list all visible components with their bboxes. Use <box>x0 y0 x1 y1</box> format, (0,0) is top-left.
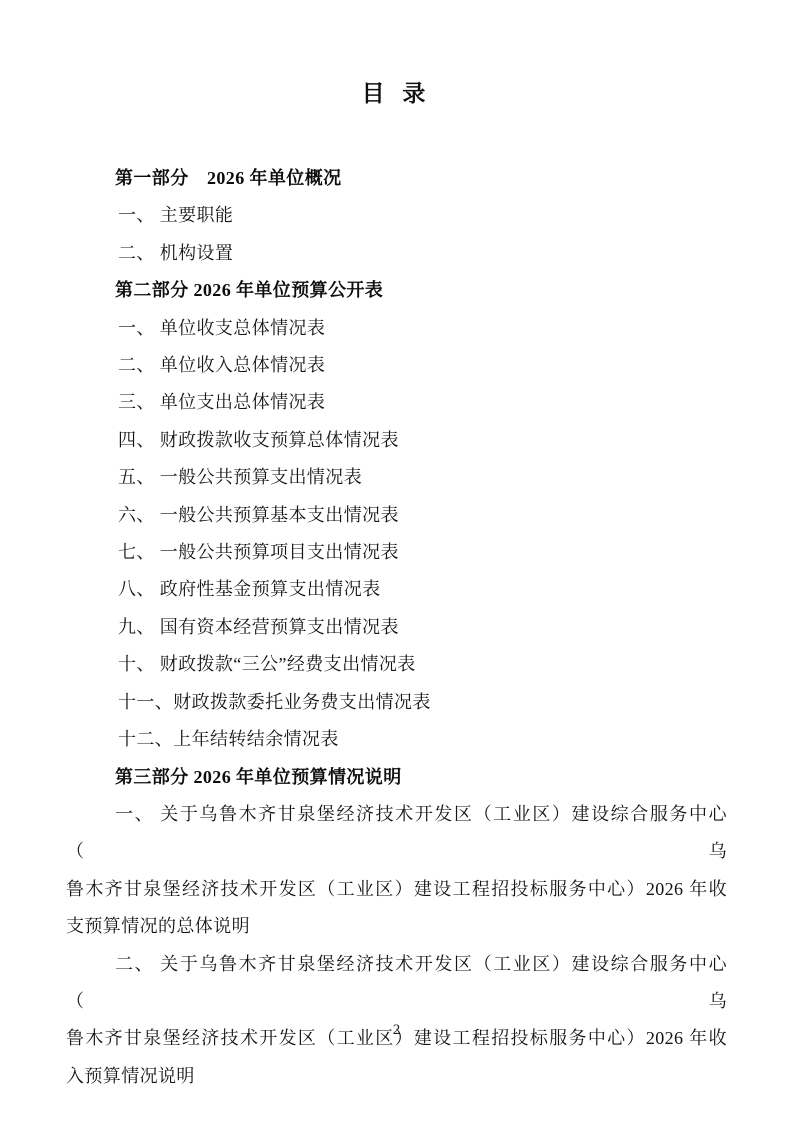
paragraph-line: 支预算情况的总体说明 <box>66 908 727 945</box>
toc-item: 四、 财政拨款收支预算总体情况表 <box>66 422 727 459</box>
toc-item: 二、 机构设置 <box>66 235 727 272</box>
toc-item: 一、 主要职能 <box>66 197 727 234</box>
toc-item: 一、 单位收支总体情况表 <box>66 310 727 347</box>
toc-item: 十一、财政拨款委托业务费支出情况表 <box>66 684 727 721</box>
toc-section-heading: 第二部分 2026 年单位预算公开表 <box>66 272 727 309</box>
toc-section-heading: 第三部分 2026 年单位预算情况说明 <box>66 759 727 796</box>
page-title: 目 录 <box>66 80 727 108</box>
paragraph-line: 鲁木齐甘泉堡经济技术开发区（工业区）建设工程招投标服务中心）2026 年收 <box>66 871 727 908</box>
toc-item: 十二、上年结转结余情况表 <box>66 721 727 758</box>
toc-item: 六、 一般公共预算基本支出情况表 <box>66 497 727 534</box>
toc-item: 十、 财政拨款“三公”经费支出情况表 <box>66 646 727 683</box>
toc: 第一部分 2026 年单位概况一、 主要职能二、 机构设置第二部分 2026 年… <box>66 160 727 1095</box>
toc-item: 三、 单位支出总体情况表 <box>66 384 727 421</box>
toc-item: 八、 政府性基金预算支出情况表 <box>66 571 727 608</box>
document-content: 目 录 第一部分 2026 年单位概况一、 主要职能二、 机构设置第二部分 20… <box>66 0 727 1095</box>
toc-item: 七、 一般公共预算项目支出情况表 <box>66 534 727 571</box>
paragraph-line: 二、 关于乌鲁木齐甘泉堡经济技术开发区（工业区）建设综合服务中心（乌 <box>66 946 727 1021</box>
document-page: 目 录 第一部分 2026 年单位概况一、 主要职能二、 机构设置第二部分 20… <box>0 0 793 1122</box>
page-number: 2 <box>0 1022 793 1039</box>
toc-item: 九、 国有资本经营预算支出情况表 <box>66 609 727 646</box>
paragraph-line: 一、 关于乌鲁木齐甘泉堡经济技术开发区（工业区）建设综合服务中心（乌 <box>66 796 727 871</box>
toc-item: 五、 一般公共预算支出情况表 <box>66 459 727 496</box>
paragraph-line: 入预算情况说明 <box>66 1058 727 1095</box>
toc-item: 二、 单位收入总体情况表 <box>66 347 727 384</box>
toc-section-heading: 第一部分 2026 年单位概况 <box>66 160 727 197</box>
